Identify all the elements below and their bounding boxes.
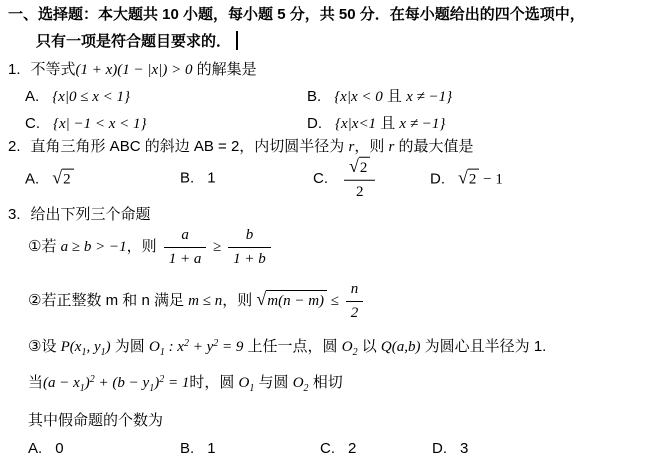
option-1c: C.{x| −1 < x < 1}: [25, 115, 147, 134]
option-1d: D.{x|x<1 且 x ≠ −1}: [307, 115, 445, 134]
question-3-proposition-3: ③设 P(x1, y1) 为圆 O1 : x2 + y2 = 9 上任一点，圆 …: [28, 338, 546, 357]
option-1a-content: {x|0 ≤ x < 1}: [52, 88, 130, 105]
question-2-stem: 2.直角三角形 ABC 的斜边 AB = 2，内切圆半径为 r，则 r 的最大值…: [8, 138, 474, 157]
option-3a: A.0: [28, 440, 64, 459]
option-3b: B.1: [180, 440, 216, 459]
option-2b-label: B.: [180, 170, 194, 189]
option-2d: D.√2 − 1: [430, 169, 503, 190]
question-1-options-row-2: C.{x| −1 < x < 1} D.{x|x<1 且 x ≠ −1}: [0, 115, 651, 137]
document-canvas[interactable]: 一、选择题：本大题共 10 小题，每小题 5 分，共 50 分．在每小题给出的四…: [0, 0, 651, 464]
option-1c-content: {x| −1 < x < 1}: [53, 115, 147, 132]
question-3-closing: 其中假命题的个数为: [28, 412, 163, 431]
option-1d-label: D.: [307, 115, 322, 134]
option-1a-label: A.: [25, 88, 39, 107]
option-2b: B.1: [180, 170, 216, 189]
option-1c-label: C.: [25, 115, 40, 134]
option-1b-content: {x|x < 0 且 x ≠ −1}: [334, 88, 452, 105]
section-heading-line-2: 只有一项是符合题目要求的．: [36, 31, 238, 52]
question-3-stem: 3.给出下列三个命题: [8, 206, 151, 225]
option-2b-content: 1: [207, 170, 215, 187]
question-1-stem: 1.不等式(1 + x)(1 − |x|) > 0 的解集是: [8, 61, 257, 80]
text-cursor: [236, 31, 238, 50]
option-2a: A.√2: [25, 169, 74, 190]
option-2d-label: D.: [430, 171, 445, 190]
question-2-number: 2.: [8, 138, 21, 157]
option-3a-content: 0: [55, 440, 63, 457]
question-1-options-row-1: A.{x|0 ≤ x < 1} B.{x|x < 0 且 x ≠ −1}: [0, 88, 651, 110]
question-3-proposition-1: ①若 a ≥ b > −1，则 a1 + a ≥ b1 + b: [28, 226, 274, 269]
question-3-stem-text: 给出下列三个命题: [31, 206, 151, 223]
option-3d: D.3: [432, 440, 468, 459]
option-2a-content: √2: [52, 171, 73, 188]
option-3c-label: C.: [320, 440, 335, 459]
option-2a-label: A.: [25, 171, 39, 190]
option-1d-content: {x|x<1 且 x ≠ −1}: [335, 115, 445, 132]
section-heading-line-1: 一、选择题：本大题共 10 小题，每小题 5 分，共 50 分．在每小题给出的四…: [8, 6, 585, 25]
option-2c-label: C.: [313, 170, 328, 189]
option-3d-content: 3: [460, 440, 468, 457]
question-2-stem-text: 直角三角形 ABC 的斜边 AB = 2，内切圆半径为 r，则 r 的最大值是: [31, 138, 474, 155]
option-2c: C.√22: [313, 157, 378, 202]
option-1b-label: B.: [307, 88, 321, 107]
question-2-options-row: A.√2 B.1 C.√22 D.√2 − 1: [0, 156, 651, 202]
option-2d-content: √2 − 1: [458, 171, 503, 188]
option-3d-label: D.: [432, 440, 447, 459]
option-3c-content: 2: [348, 440, 356, 457]
question-3-proposition-2: ②若正整数 m 和 n 满足 m ≤ n，则 √m(n − m) ≤ n2: [28, 280, 366, 323]
option-3a-label: A.: [28, 440, 42, 459]
question-3-options-row: A.0 B.1 C.2 D.3: [0, 440, 651, 462]
section-heading-line-2-text: 只有一项是符合题目要求的．: [36, 33, 231, 50]
option-3b-content: 1: [207, 440, 215, 457]
option-3b-label: B.: [180, 440, 194, 459]
question-1-stem-text: 不等式(1 + x)(1 − |x|) > 0 的解集是: [31, 61, 257, 78]
option-2c-content: √22: [341, 170, 378, 187]
option-1b: B.{x|x < 0 且 x ≠ −1}: [307, 88, 452, 107]
option-1a: A.{x|0 ≤ x < 1}: [25, 88, 130, 107]
question-3-number: 3.: [8, 206, 21, 225]
option-3c: C.2: [320, 440, 356, 459]
question-3-proposition-3-continued: 当(a − x1)2 + (b − y1)2 = 1时，圆 O1 与圆 O2 相…: [28, 374, 343, 393]
question-1-number: 1.: [8, 61, 21, 80]
